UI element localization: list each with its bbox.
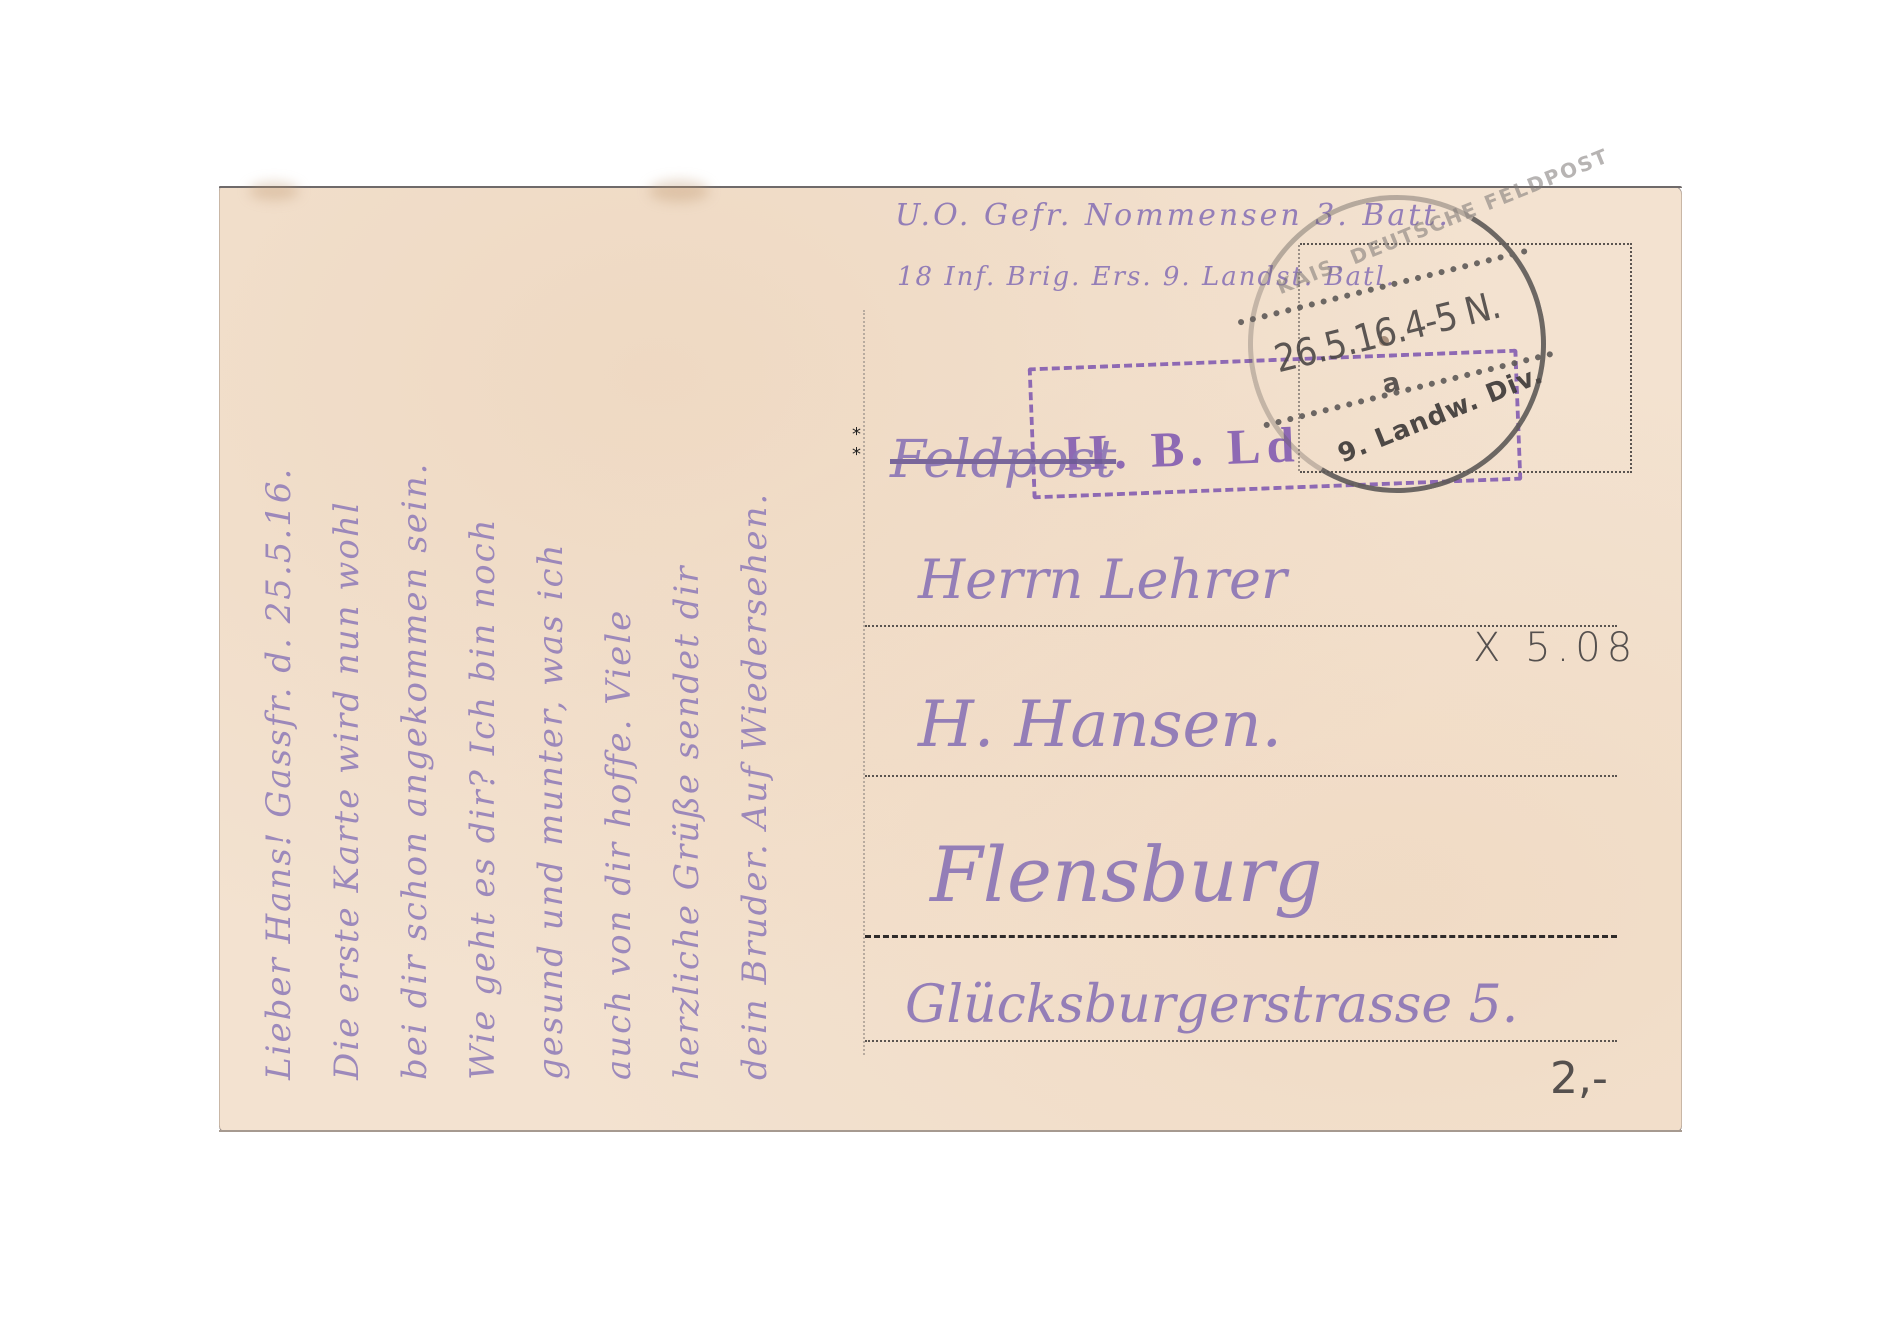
pencil-price-note: 2,-	[1550, 1053, 1608, 1104]
postmark-date: 26.5.16.4-5 N.	[1270, 283, 1504, 381]
center-divider	[863, 310, 865, 1055]
address-line-3	[865, 935, 1617, 938]
message-line: dein Bruder. Auf Wiedersehen.	[721, 200, 789, 1080]
message-line: Wie geht es dir? Ich bin noch	[449, 200, 517, 1080]
recipient-street: Glücksburgerstrasse 5.	[905, 975, 1518, 1035]
handwritten-message: Lieber Hans! Gassfr. d. 25.5.16. Die ers…	[245, 200, 789, 1080]
message-line: auch von dir hoffe. Viele	[585, 200, 653, 1080]
address-line-4	[865, 1040, 1617, 1042]
address-line-2	[865, 775, 1617, 777]
stain	[249, 182, 299, 200]
asterisk-marks: **	[852, 425, 861, 465]
pencil-reference-note: X 5.08	[1473, 625, 1638, 671]
recipient-city: Flensburg	[930, 830, 1323, 919]
feldpost-marking: Feldpost	[890, 430, 1116, 490]
recipient-name: H. Hansen.	[918, 688, 1282, 762]
message-line: bei dir schon angekommen sein.	[381, 200, 449, 1080]
message-line: gesund und munter, was ich	[517, 200, 585, 1080]
recipient-salutation: Herrn Lehrer	[918, 548, 1287, 611]
message-line: Lieber Hans! Gassfr. d. 25.5.16.	[245, 200, 313, 1080]
message-line: Die erste Karte wird nun wohl	[313, 200, 381, 1080]
message-line: herzliche Grüße sendet dir	[653, 200, 721, 1080]
stain	[649, 180, 709, 202]
